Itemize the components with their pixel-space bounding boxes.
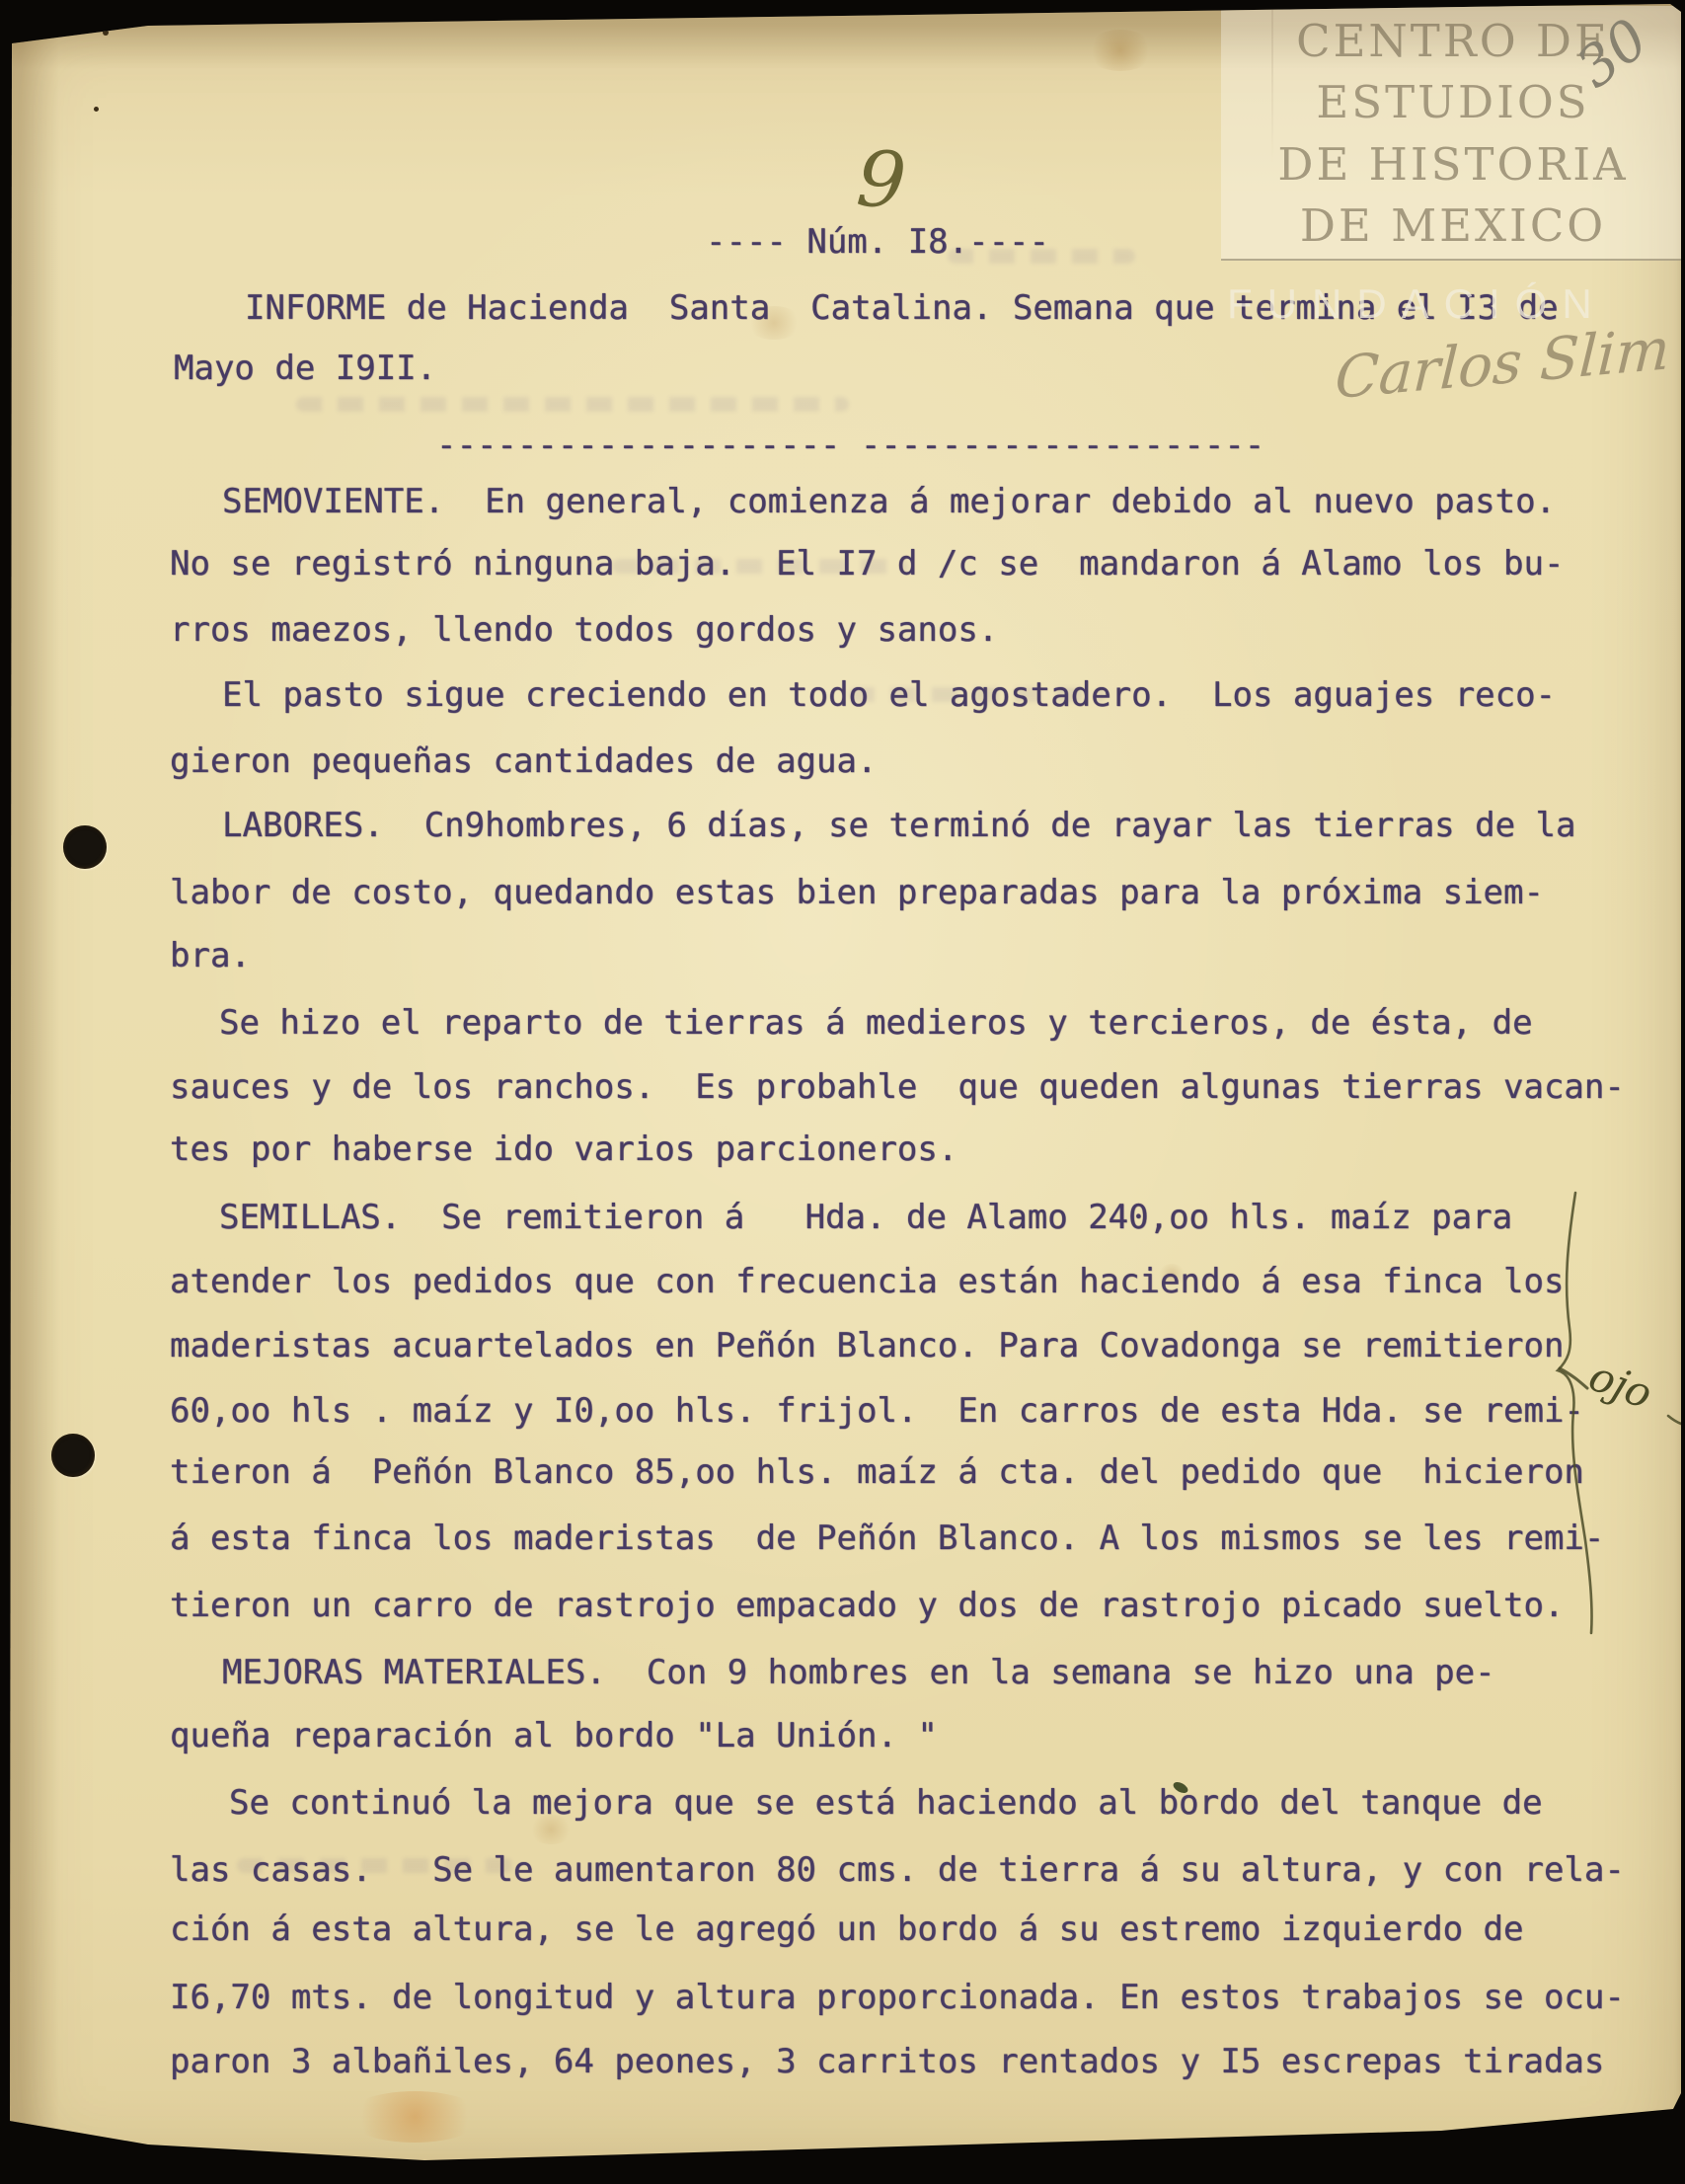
typed-line: paron 3 albañiles, 64 peones, 3 carritos…: [170, 2045, 1604, 2078]
typed-line: No se registró ninguna baja. El I7 d /c …: [170, 547, 1564, 581]
punch-hole: [51, 1434, 95, 1477]
typed-line: atender los pedidos que con frecuencia e…: [170, 1265, 1564, 1298]
typed-line: gieron pequeñas cantidades de agua.: [170, 744, 877, 778]
watermark-text: DE MEXICO: [1300, 199, 1606, 252]
typed-line: sauces y de los ranchos. Es probahle que…: [170, 1070, 1625, 1104]
typed-line: Se continuó la mejora que se está hacien…: [229, 1786, 1543, 1820]
typed-line: tes por haberse ido varios parcioneros.: [170, 1132, 957, 1166]
punch-hole: [63, 825, 107, 869]
typed-line: á esta finca los maderistas de Peñón Bla…: [170, 1521, 1604, 1555]
typed-line: Se hizo el reparto de tierras á medieros…: [219, 1006, 1533, 1040]
margin-brace-mark: [1520, 1165, 1685, 1678]
typed-line: bra.: [170, 939, 251, 973]
watermark-divider: [1221, 259, 1685, 261]
typed-line: Mayo de I9II.: [174, 351, 436, 385]
watermark-text: DE HISTORIA: [1277, 138, 1628, 191]
speck: [94, 107, 99, 112]
typed-line: maderistas acuartelados en Peñón Blanco.…: [170, 1329, 1564, 1363]
watermark-signature: Carlos Slim: [1334, 315, 1671, 412]
speck: [103, 30, 109, 36]
typed-line: LABORES. Cn9hombres, 6 días, se terminó …: [222, 809, 1575, 842]
typed-line: El pasto sigue creciendo en todo el agos…: [222, 678, 1556, 712]
scanned-document-page: ---- Núm. I8.---- INFORME de Hacienda Sa…: [0, 0, 1685, 2184]
typed-line: ción á esta altura, se le agregó un bord…: [170, 1912, 1523, 1946]
typed-line: 60,oo hls . maíz y I0,oo hls. frijol. En…: [170, 1394, 1584, 1428]
typed-line: MEJORAS MATERIALES. Con 9 hombres en la …: [222, 1656, 1495, 1689]
typed-line: SEMOVIENTE. En general, comienza á mejor…: [222, 485, 1556, 518]
paper-sheet: ---- Núm. I8.---- INFORME de Hacienda Sa…: [0, 0, 1685, 2184]
typed-line: SEMILLAS. Se remitieron á Hda. de Alamo …: [219, 1201, 1512, 1234]
watermark-text: ESTUDIOS: [1316, 76, 1589, 128]
typed-separator: -------------------- -------------------…: [436, 429, 1264, 462]
typed-line: tieron un carro de rastrojo empacado y d…: [170, 1589, 1564, 1622]
watermark-text: CENTRO DE: [1296, 15, 1610, 67]
typed-line: tieron á Peñón Blanco 85,oo hls. maíz á …: [170, 1455, 1584, 1489]
document-number-line: ---- Núm. I8.----: [706, 225, 1049, 259]
typed-line: labor de costo, quedando estas bien prep…: [170, 876, 1544, 909]
stain: [1086, 30, 1155, 71]
stain: [345, 2091, 484, 2143]
typed-line: rros maezos, llendo todos gordos y sanos…: [170, 613, 998, 647]
bleed-through-ghost: [296, 397, 849, 412]
typed-line: queña reparación al bordo "La Unión. ": [170, 1719, 938, 1753]
pencil-page-number: 9: [854, 134, 909, 226]
typed-line: las casas. Se le aumentaron 80 cms. de t…: [170, 1853, 1625, 1887]
typed-line: I6,70 mts. de longitud y altura proporci…: [170, 1981, 1625, 2014]
